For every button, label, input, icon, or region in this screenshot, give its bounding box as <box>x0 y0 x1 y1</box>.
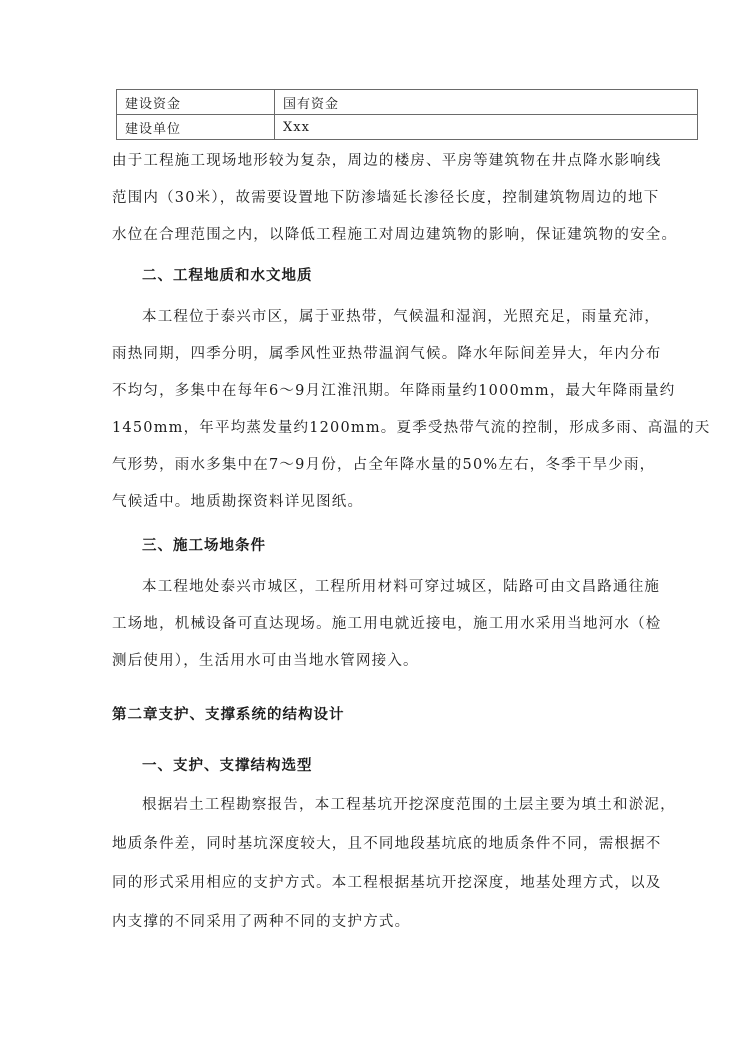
paragraph-line: 内支撑的不同采用了两种不同的支护方式。 <box>112 912 642 932</box>
paragraph-line: 不均匀，多集中在每年6～9月江淮汛期。年降雨量约1000mm，最大年降雨量约 <box>112 381 642 401</box>
paragraph-line: 地质条件差，同时基坑深度较大，且不同地段基坑底的地质条件不同，需根据不 <box>112 834 642 854</box>
paragraph-line: 同的形式采用相应的支护方式。本工程根据基坑开挖深度，地基处理方式，以及 <box>112 873 642 893</box>
table-cell-value: 国有资金 <box>275 90 698 115</box>
paragraph-line: 范围内（30米），故需要设置地下防渗墙延长渗径长度，控制建筑物周边的地下 <box>112 188 642 208</box>
table-cell-label: 建设资金 <box>117 90 275 115</box>
document-page: 建设资金 国有资金 建设单位 Xxx 由于工程施工现场地形较为复杂，周边的楼房、… <box>0 0 744 1052</box>
table-row: 建设资金 国有资金 <box>117 90 698 115</box>
paragraph-line: 气形势，雨水多集中在7～9月份，占全年降水量的50%左右，冬季干旱少雨， <box>112 455 642 475</box>
paragraph-line: 本工程地处泰兴市城区，工程所用材料可穿过城区，陆路可由文昌路通往施 <box>142 577 672 597</box>
table-cell-label: 建设单位 <box>117 115 275 140</box>
paragraph-line: 气候适中。地质勘探资料详见图纸。 <box>112 492 642 512</box>
paragraph-line: 工场地，机械设备可直达现场。施工用电就近接电，施工用水采用当地河水（检 <box>112 614 642 634</box>
paragraph-line: 由于工程施工现场地形较为复杂，周边的楼房、平房等建筑物在井点降水影响线 <box>112 151 642 171</box>
paragraph-line: 本工程位于泰兴市区，属于亚热带，气候温和湿润，光照充足，雨量充沛， <box>142 307 672 327</box>
section-heading: 二、工程地质和水文地质 <box>142 266 672 286</box>
table-row: 建设单位 Xxx <box>117 115 698 140</box>
section-heading: 一、支护、支撑结构选型 <box>142 756 672 776</box>
project-info-table: 建设资金 国有资金 建设单位 Xxx <box>116 89 698 140</box>
chapter-heading: 第二章支护、支撑系统的结构设计 <box>112 705 642 725</box>
section-heading: 三、施工场地条件 <box>142 536 672 556</box>
paragraph-line: 根据岩土工程勘察报告，本工程基坑开挖深度范围的土层主要为填土和淤泥， <box>142 795 672 815</box>
paragraph-line: 水位在合理范围之内，以降低工程施工对周边建筑物的影响，保证建筑物的安全。 <box>112 225 642 245</box>
paragraph-line: 测后使用），生活用水可由当地水管网接入。 <box>112 651 642 671</box>
paragraph-line: 1450mm，年平均蒸发量约1200mm。夏季受热带气流的控制，形成多雨、高温的… <box>112 418 642 438</box>
table-cell-value: Xxx <box>275 115 698 140</box>
paragraph-line: 雨热同期，四季分明，属季风性亚热带温润气候。降水年际间差异大，年内分布 <box>112 344 642 364</box>
